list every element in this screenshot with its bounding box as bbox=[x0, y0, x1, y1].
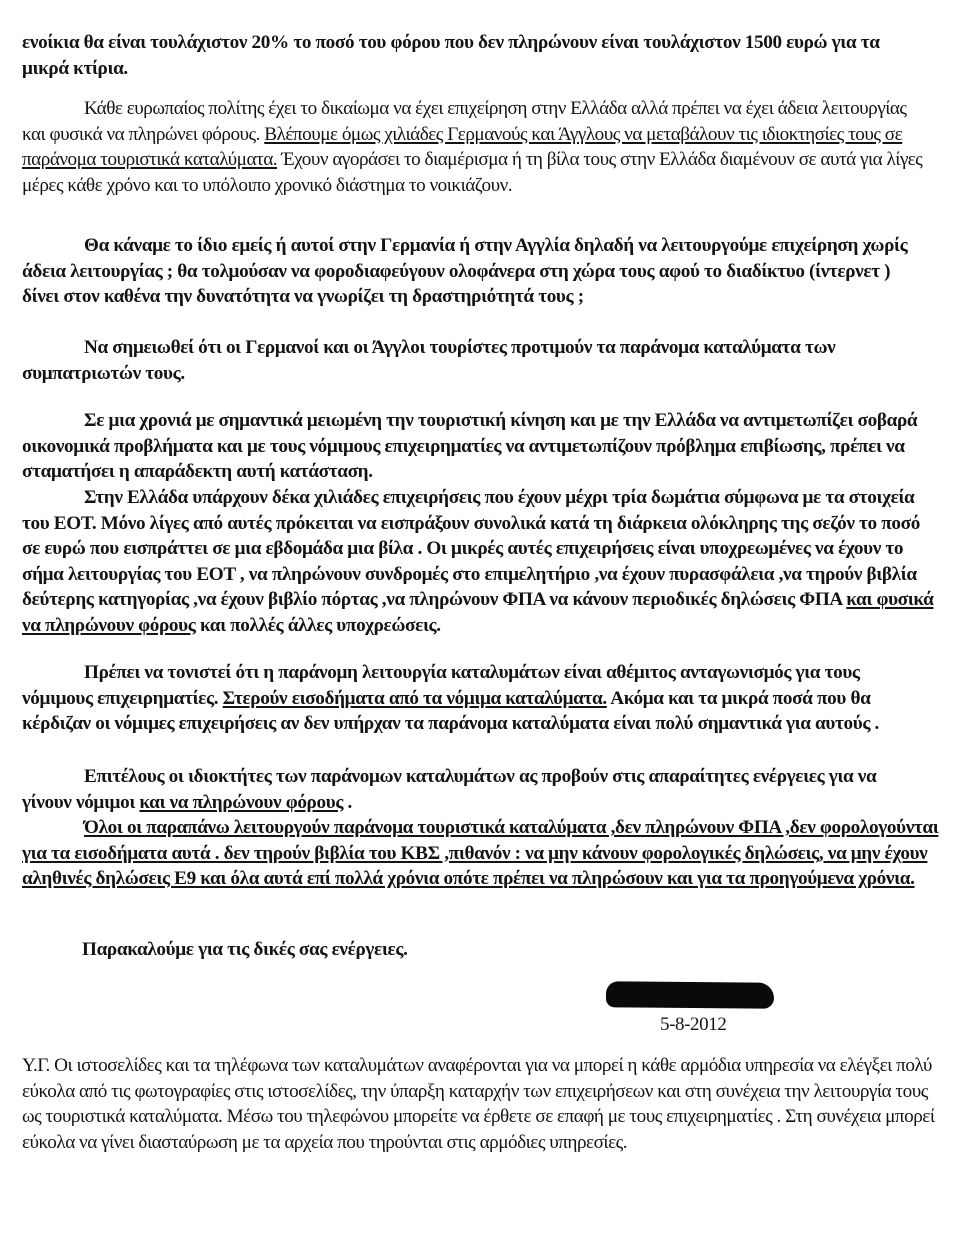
postscript-text: Υ.Γ. Οι ιστοσελίδες και τα τηλέφωνα των … bbox=[22, 1055, 935, 1153]
paragraph-owners-action: Επιτέλους οι ιδιοκτήτες των παράνομων κα… bbox=[22, 764, 902, 815]
underlined-text: και να πληρώνουν φόρους bbox=[139, 792, 343, 813]
paragraph-text: Θα κάναμε το ίδιο εμείς ή αυτοί στην Γερ… bbox=[22, 235, 907, 307]
postscript: Υ.Γ. Οι ιστοσελίδες και τα τηλέφωνα των … bbox=[22, 1053, 940, 1155]
paragraph-economic-crisis: Σε μια χρονιά με σημαντικά μειωμένη την … bbox=[22, 408, 927, 485]
paragraph-text: Στην Ελλάδα υπάρχουν δέκα χιλιάδες επιχε… bbox=[22, 487, 920, 610]
closing-line: Παρακαλούμε για τις δικές σας ενέργειες. bbox=[82, 937, 682, 963]
underlined-text: Στερούν εισοδήματα από τα νόμιμα καταλύμ… bbox=[223, 688, 607, 709]
paragraph-text: ενοίκια θα είναι τουλάχιστον 20% το ποσό… bbox=[22, 32, 880, 79]
paragraph-germany-england: Θα κάναμε το ίδιο εμείς ή αυτοί στην Γερ… bbox=[22, 233, 922, 310]
underlined-text: Όλοι οι παραπάνω λειτουργούν παράνομα το… bbox=[22, 817, 938, 889]
paragraph-violations-summary: Όλοι οι παραπάνω λειτουργούν παράνομα το… bbox=[22, 815, 940, 892]
paragraph-text: Να σημειωθεί ότι οι Γερμανοί και οι Άγγλ… bbox=[22, 337, 835, 384]
scanned-letter-page: ενοίκια θα είναι τουλάχιστον 20% το ποσό… bbox=[0, 0, 960, 1254]
paragraph-rent-tax: ενοίκια θα είναι τουλάχιστον 20% το ποσό… bbox=[22, 30, 922, 81]
paragraph-text: και πολλές άλλες υποχρεώσεις. bbox=[196, 615, 441, 636]
closing-text: Παρακαλούμε για τις δικές σας ενέργειες. bbox=[82, 939, 408, 960]
paragraph-text: Σε μια χρονιά με σημαντικά μειωμένη την … bbox=[22, 410, 917, 482]
paragraph-eu-citizens: Κάθε ευρωπαίος πολίτης έχει το δικαίωμα … bbox=[22, 96, 927, 198]
paragraph-small-businesses: Στην Ελλάδα υπάρχουν δέκα χιλιάδες επιχε… bbox=[22, 485, 940, 638]
letter-date: 5-8-2012 bbox=[660, 1014, 726, 1036]
paragraph-text: . bbox=[343, 792, 352, 813]
paragraph-unfair-competition: Πρέπει να τονιστεί ότι η παράνομη λειτου… bbox=[22, 660, 932, 737]
paragraph-tourists-preference: Να σημειωθεί ότι οι Γερμανοί και οι Άγγλ… bbox=[22, 335, 882, 386]
redacted-signature bbox=[606, 981, 774, 1008]
